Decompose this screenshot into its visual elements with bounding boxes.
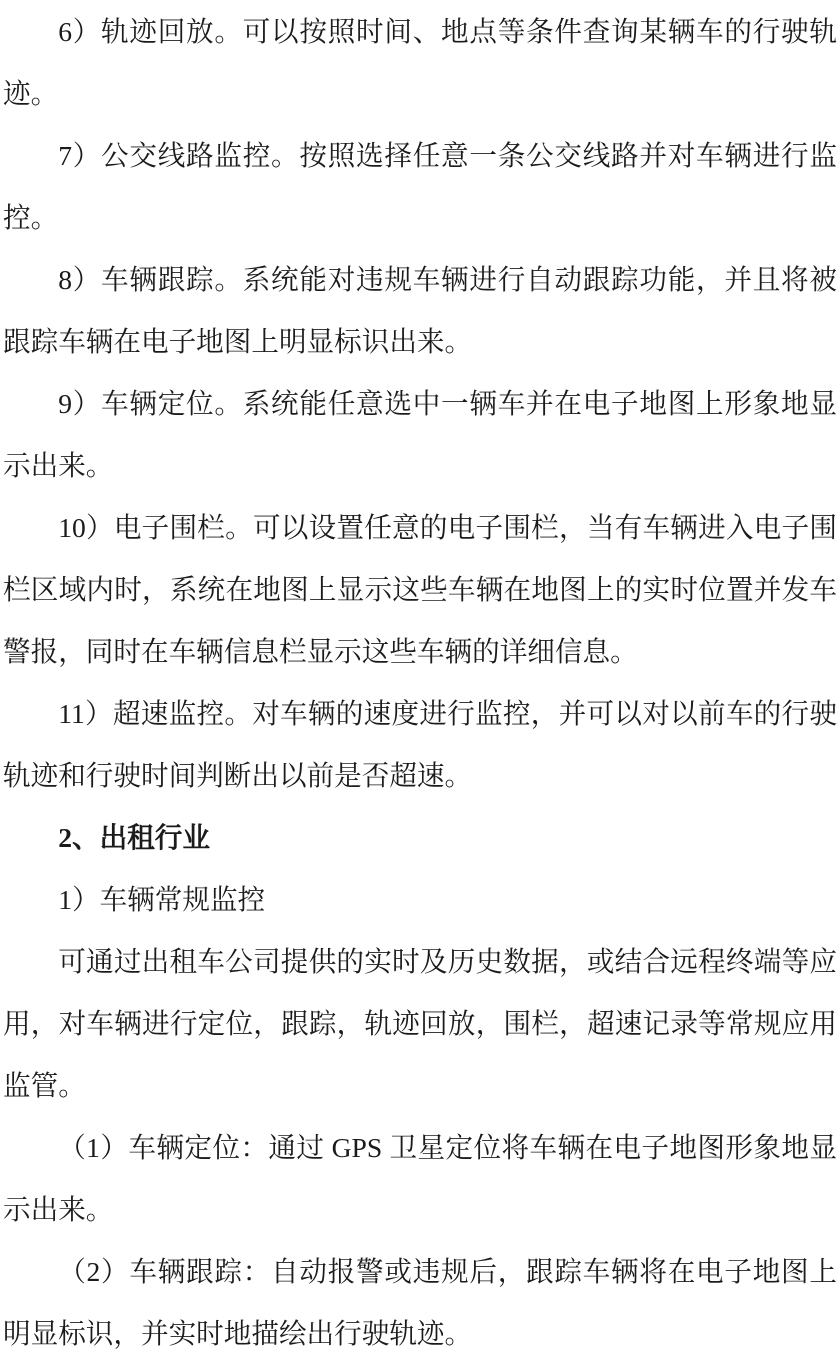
paragraph: 11）超速监控。对车辆的速度进行监控，并可以对以前车的行驶轨迹和行驶时间判断出以…: [3, 683, 837, 807]
paragraph: （1）车辆定位：通过 GPS 卫星定位将车辆在电子地图形象地显示出来。: [3, 1117, 837, 1241]
document-body: 6）轨迹回放。可以按照时间、地点等条件查询某辆车的行驶轨迹。7）公交线路监控。按…: [0, 0, 840, 1365]
paragraph: 10）电子围栏。可以设置任意的电子围栏，当有车辆进入电子围栏区域内时，系统在地图…: [3, 497, 837, 683]
paragraph: 7）公交线路监控。按照选择任意一条公交线路并对车辆进行监控。: [3, 125, 837, 249]
paragraph: 1）车辆常规监控: [3, 869, 837, 931]
paragraph: （2）车辆跟踪：自动报警或违规后，跟踪车辆将在电子地图上明显标识，并实时地描绘出…: [3, 1241, 837, 1365]
section-heading: 2、出租行业: [3, 807, 837, 869]
paragraph: 6）轨迹回放。可以按照时间、地点等条件查询某辆车的行驶轨迹。: [3, 1, 837, 125]
paragraph: 9）车辆定位。系统能任意选中一辆车并在电子地图上形象地显示出来。: [3, 373, 837, 497]
document-page: 6）轨迹回放。可以按照时间、地点等条件查询某辆车的行驶轨迹。7）公交线路监控。按…: [0, 0, 840, 1368]
paragraph: 8）车辆跟踪。系统能对违规车辆进行自动跟踪功能，并且将被跟踪车辆在电子地图上明显…: [3, 249, 837, 373]
paragraph: 可通过出租车公司提供的实时及历史数据，或结合远程终端等应用，对车辆进行定位，跟踪…: [3, 931, 837, 1117]
